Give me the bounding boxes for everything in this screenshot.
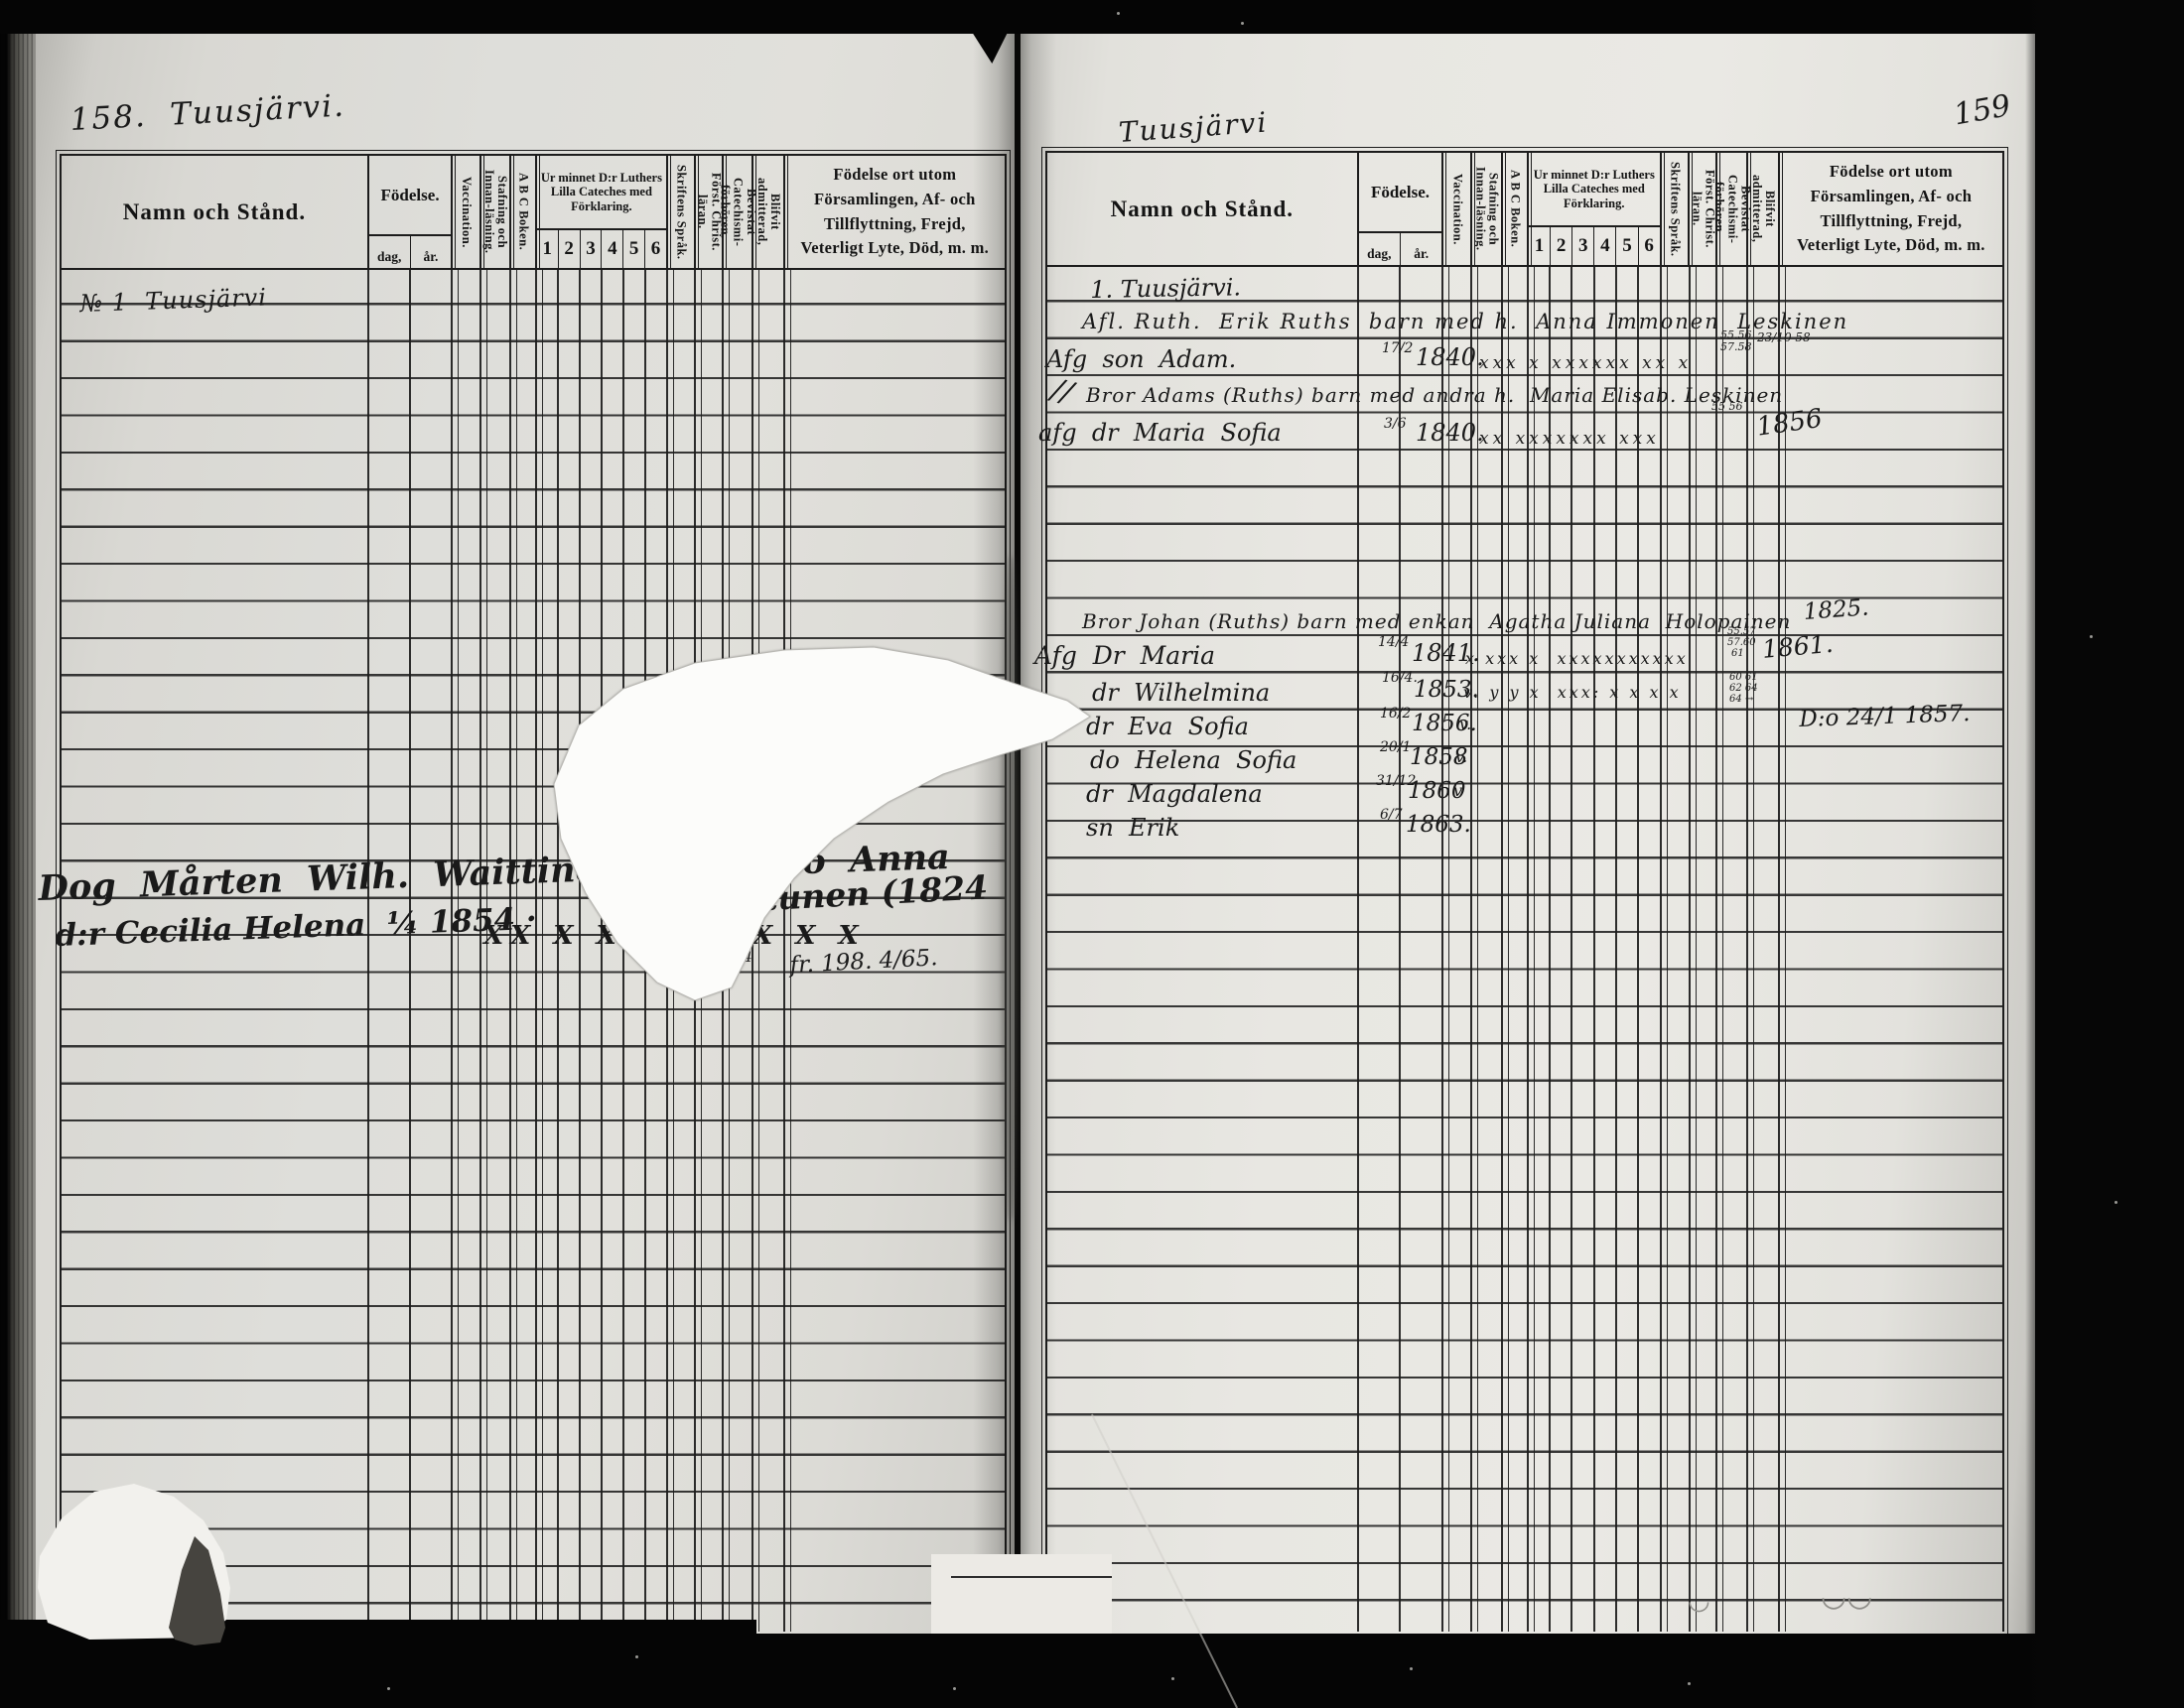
- stray-rule-line: [951, 1576, 1112, 1578]
- dust-speck: [1117, 12, 1120, 15]
- entry: dr Eva Sofia: [1086, 715, 1249, 738]
- column-rule: [1637, 265, 1639, 1632]
- col-catechism: Ur minnet D:r Luthers Lilla Cateches med…: [535, 156, 666, 268]
- date-day: 17/2: [1382, 341, 1413, 355]
- col-spelling: Stafning och Innan-läsning.: [479, 156, 509, 268]
- dust-speck: [1410, 1667, 1413, 1670]
- paper-patch: [931, 1554, 1112, 1640]
- entry: Bror Adams (Ruths) barn med andra h. Mar…: [1086, 385, 1783, 405]
- note: 1825.: [1803, 596, 1869, 624]
- col-vaccination: Vaccination.: [451, 156, 479, 268]
- entry-village: 1. Tuusjärvi.: [1090, 275, 1241, 302]
- note: 55 56: [1711, 401, 1743, 412]
- note: 62 64: [1729, 684, 1758, 694]
- col-birth: Födelse. dag, år.: [1357, 153, 1442, 265]
- col-name: Namn och Stånd.: [1047, 153, 1357, 265]
- col-birth-label: Födelse.: [369, 156, 452, 234]
- column-rule: [1660, 265, 1668, 1632]
- date-day: 3/6: [1384, 417, 1407, 431]
- col-birth-day: dag,: [369, 236, 410, 268]
- ledger-scan: Namn och Stånd. Födelse. dag, år. Vaccin…: [0, 0, 2184, 1708]
- entry: dr Magdalena: [1086, 782, 1263, 806]
- column-rule: [1689, 265, 1697, 1632]
- column-rule: [1399, 265, 1401, 1632]
- dust-speck: [387, 1687, 390, 1690]
- entry: afg dr Maria Sofia: [1038, 421, 1282, 445]
- squiggle: ◡◡: [1821, 1582, 1872, 1612]
- column-rule: [1527, 265, 1535, 1632]
- column-rule: [1357, 265, 1359, 1632]
- entry: dr Wilhelmina: [1092, 681, 1270, 705]
- scan-black-right: [2025, 0, 2184, 1708]
- col-remarks: Födelse ort utom Församlingen, Af- och T…: [783, 156, 1005, 268]
- note: 23/10 58: [1757, 331, 1811, 343]
- entry: Afg son Adam.: [1046, 347, 1236, 371]
- marks: v.: [1455, 749, 1467, 765]
- col-birth-year: år.: [1400, 233, 1441, 265]
- col-spelling: Stafning och Innan-läsning.: [1470, 153, 1501, 265]
- catechism-number-row: 123456: [537, 228, 666, 268]
- col-vaccination: Vaccination.: [1441, 153, 1470, 265]
- note: 57.60: [1727, 638, 1756, 648]
- column-rule: [1570, 265, 1572, 1632]
- entry: Afg Dr Maria: [1034, 643, 1215, 668]
- note: 64 →: [1729, 695, 1753, 705]
- col-admitted: Blifvit admitterad,: [751, 156, 782, 268]
- note: 57.58: [1720, 341, 1752, 352]
- col-script: Skriftens Språk.: [1660, 153, 1689, 265]
- date-day: 16/2: [1380, 707, 1411, 721]
- date-year: 1840.: [1416, 345, 1484, 369]
- note: 55.57: [1727, 627, 1756, 637]
- dust-speck: [2115, 1201, 2117, 1204]
- col-attendance: Bevistat Catechismi-förhören.: [722, 156, 751, 268]
- entry: Bror Johan (Ruths) barn med enkan Agatha…: [1082, 611, 1791, 631]
- column-rule: [367, 268, 369, 1632]
- entry: do Helena Sofia: [1090, 748, 1297, 772]
- entry-village: № 1 Tuusjärvi: [79, 285, 267, 316]
- column-rule: [1441, 265, 1449, 1632]
- col-abc: A B C Boken.: [509, 156, 535, 268]
- col-birth: Födelse. dag, år.: [367, 156, 452, 268]
- column-rule: [1778, 265, 1786, 1632]
- date-year: 1840.: [1416, 421, 1484, 445]
- column-rule: [1715, 265, 1723, 1632]
- date-year: 1861.: [1761, 631, 1834, 662]
- column-rule: [409, 268, 411, 1632]
- col-birth-year: år.: [410, 236, 452, 268]
- col-abc: A B C Boken.: [1501, 153, 1527, 265]
- col-catechism-label: Ur minnet D:r Luthers Lilla Cateches med…: [537, 156, 666, 228]
- note: 60 61: [1729, 673, 1758, 683]
- col-name: Namn och Stånd.: [62, 156, 367, 268]
- note: D:o 24/1 1857.: [1799, 703, 1971, 731]
- dust-speck: [1688, 1682, 1691, 1685]
- ink-smear: [1003, 556, 1019, 1221]
- catechism-number-row: 123456: [1529, 225, 1660, 265]
- column-rule: [1549, 265, 1551, 1632]
- col-admitted: Blifvit admitterad,: [1746, 153, 1778, 265]
- col-remarks: Födelse ort utom Församlingen, Af- och T…: [1778, 153, 2002, 265]
- scan-black-bottom-right: [735, 1634, 2184, 1708]
- col-birth-label: Födelse.: [1359, 153, 1442, 231]
- scan-black-bottom-left: [0, 1620, 756, 1708]
- marks: xxx x xxxxxx xx x: [1479, 355, 1692, 372]
- marks: v: [1453, 783, 1462, 799]
- col-attendance: Bevistat Catechismi-förhören.: [1715, 153, 1746, 265]
- col-name-label: Namn och Stånd.: [1111, 197, 1294, 222]
- column-rule: [1593, 265, 1595, 1632]
- squiggle: ◡: [1688, 1588, 1710, 1614]
- table-header: Namn och Stånd. Födelse. dag, år. Vaccin…: [62, 156, 1005, 270]
- col-birth-day: dag,: [1359, 233, 1400, 265]
- column-rule: [1501, 265, 1509, 1632]
- col-catechism: Ur minnet D:r Luthers Lilla Cateches med…: [1527, 153, 1660, 265]
- column-rule: [451, 268, 459, 1632]
- note: 04: [735, 951, 752, 965]
- note: 55.56: [1720, 329, 1752, 340]
- dust-speck: [953, 1687, 956, 1690]
- date-day: 16/4.: [1382, 671, 1418, 685]
- marks: xx xxxxxxx xxx: [1479, 431, 1660, 448]
- col-name-label: Namn och Stånd.: [123, 199, 306, 225]
- entry: sn Erik: [1086, 816, 1179, 840]
- scan-black-top: [0, 0, 2184, 34]
- ledger-grid: [1047, 265, 2002, 1632]
- col-script: Skriftens Språk.: [666, 156, 695, 268]
- dust-speck: [1171, 1677, 1174, 1680]
- column-rule: [1615, 265, 1617, 1632]
- marks: v.: [1459, 717, 1471, 732]
- dust-speck: [1241, 22, 1244, 25]
- note: 61: [1731, 649, 1744, 659]
- column-rule: [1746, 265, 1754, 1632]
- marks: XX X XXX: X X X X: [483, 923, 866, 949]
- column-rule: [1470, 265, 1478, 1632]
- marks: x xxx x xxxxxxxxxxx: [1465, 651, 1689, 667]
- dust-speck: [2090, 635, 2093, 638]
- date-day: 6/7: [1380, 808, 1403, 822]
- table-header: Namn och Stånd. Födelse. dag, år. Vaccin…: [1047, 153, 2002, 267]
- date-day: 14/4: [1378, 635, 1409, 649]
- marks: v. y y x xxx: x x x x: [1463, 685, 1682, 701]
- date-year: 1863.: [1406, 814, 1471, 837]
- dust-speck: [635, 1655, 638, 1658]
- col-catechism-label: Ur minnet D:r Luthers Lilla Cateches med…: [1529, 153, 1660, 225]
- date-day: 20/1: [1380, 740, 1411, 754]
